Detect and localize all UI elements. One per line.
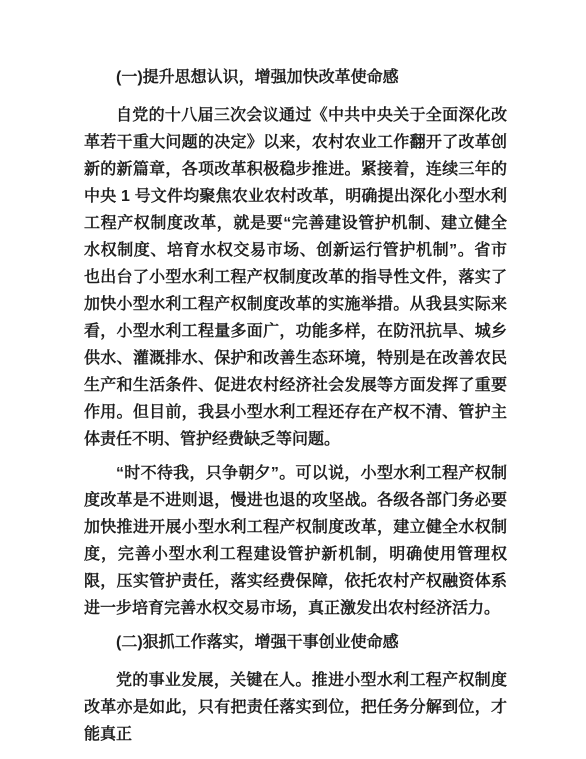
document-paragraph: 党的事业发展，关键在人。推进小型水利工程产权制度改革亦是如此，只有把责任落实到位… xyxy=(84,667,507,748)
document-paragraph: 自党的十八届三次会议通过《中共中央关于全面深化改革若干重大问题的决定》以来，农村… xyxy=(84,102,507,453)
document-paragraph: “时不待我，只争朝夕”。可以说，小型水利工程产权制度改革是不进则退，慢进也退的攻… xyxy=(84,460,507,622)
document-page: (一)提升思想认识，增强加快改革使命感自党的十八届三次会议通过《中共中央关于全面… xyxy=(0,0,586,759)
section-heading: (二)狠抓工作落实，增强干事创业使命感 xyxy=(84,629,507,656)
section-heading: (一)提升思想认识，增强加快改革使命感 xyxy=(84,64,507,91)
document-body: (一)提升思想认识，增强加快改革使命感自党的十八届三次会议通过《中共中央关于全面… xyxy=(84,64,507,755)
